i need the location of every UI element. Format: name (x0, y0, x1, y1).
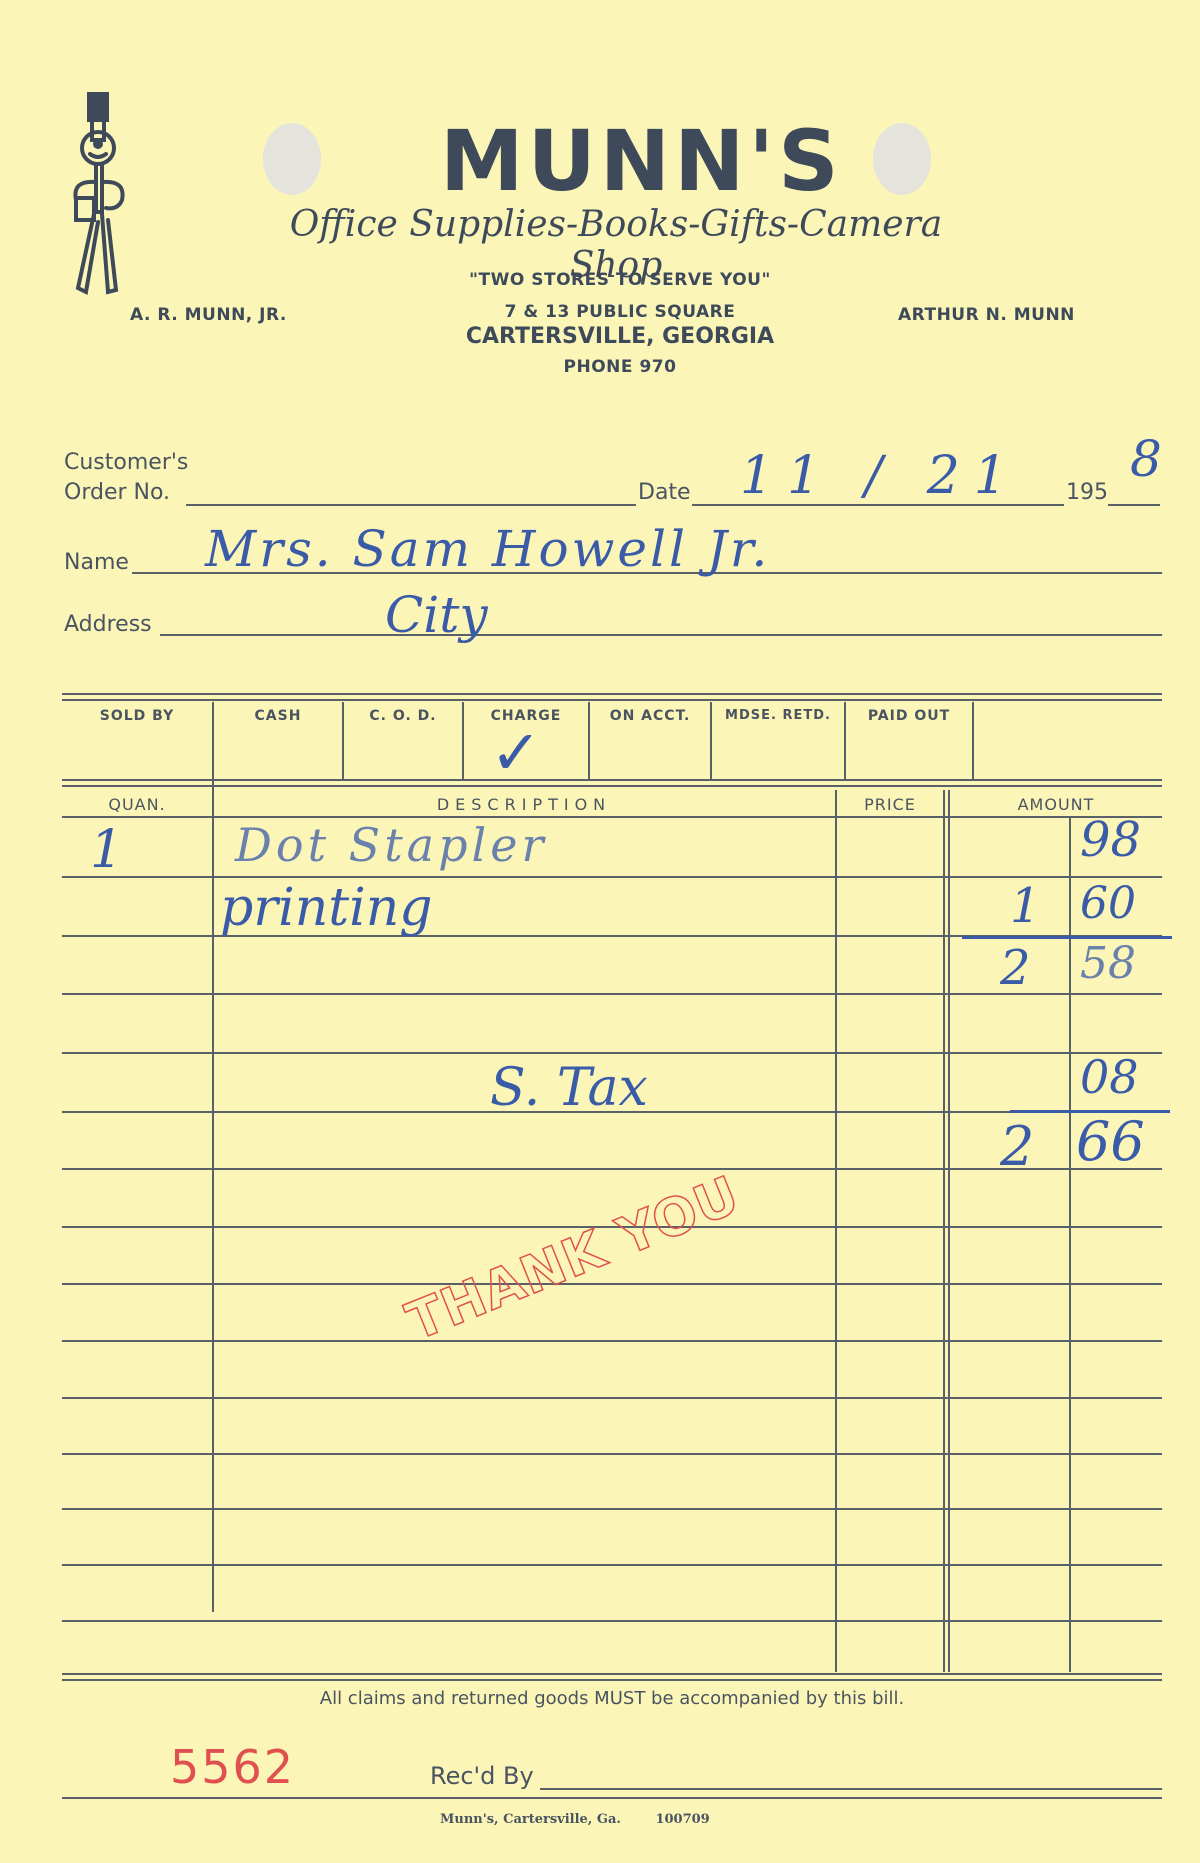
binder-hole-left (263, 123, 321, 195)
phone: PHONE 970 (400, 357, 840, 377)
row1-cents: 98 (1080, 812, 1141, 868)
col-header-price: PRICE (838, 795, 942, 814)
received-by-label: Rec'd By (430, 1762, 534, 1790)
table-bottom-rule (62, 1673, 1162, 1675)
row3-dollars: 2 (1000, 940, 1031, 996)
divider (943, 790, 945, 1672)
payment-bottom-rule-2 (62, 785, 1162, 787)
printer-name: Munn's, Cartersville, Ga. (440, 1812, 621, 1827)
row-line (62, 993, 1162, 995)
row1-description: Dot Stapler (235, 818, 547, 872)
payment-col-paid-out[interactable]: PAID OUT (846, 708, 972, 724)
row-line (62, 1397, 1162, 1399)
row2-dollars: 1 (1010, 878, 1041, 934)
row1-quan: 1 (90, 820, 123, 880)
date-value: 11 / 21 (740, 446, 1021, 506)
store-slogan: "TWO STORES TO SERVE YOU" (400, 270, 840, 290)
address-line2: CARTERSVILLE, GEORGIA (400, 324, 840, 349)
printer-line: Munn's, Cartersville, Ga. 100709 (440, 1812, 710, 1827)
col-header-description: DESCRIPTION (214, 795, 834, 814)
row5-description: S. Tax (490, 1058, 648, 1118)
address-value: City (385, 586, 488, 644)
year-prefix: 195 (1066, 480, 1108, 505)
row-line (62, 1564, 1162, 1566)
payment-top-rule-2 (62, 699, 1162, 701)
form-code: 100709 (655, 1812, 709, 1827)
address-field[interactable] (160, 634, 1162, 636)
thank-you-stamp: THANK YOU (399, 1165, 748, 1353)
year-suffix: 8 (1130, 430, 1162, 488)
divider (948, 790, 950, 1672)
name-value: Mrs. Sam Howell Jr. (205, 520, 770, 578)
col-header-quan: QUAN. (62, 795, 212, 814)
received-by-field[interactable] (540, 1788, 1162, 1790)
row2-cents: 60 (1080, 878, 1136, 929)
mascot-logo (62, 92, 132, 302)
row3-cents: 58 (1080, 938, 1136, 989)
payment-col-cod[interactable]: C. O. D. (344, 708, 462, 724)
footer-rule (62, 1797, 1162, 1799)
row2-description: printing (220, 878, 433, 938)
row-line (62, 1453, 1162, 1455)
row-line (62, 1283, 1162, 1285)
pencil-man-mascot-icon (62, 92, 132, 302)
divider (212, 702, 214, 1612)
row-line (62, 1340, 1162, 1342)
payment-col-cash[interactable]: CASH (214, 708, 342, 724)
serial-number: 5562 (170, 1740, 295, 1794)
owner-right: ARTHUR N. MUNN (898, 305, 1075, 325)
row6-cents: 66 (1076, 1110, 1145, 1173)
payment-bottom-rule (62, 779, 1162, 781)
address-line1: 7 & 13 PUBLIC SQUARE (400, 302, 840, 322)
address-label: Address (64, 612, 152, 637)
divider (972, 702, 974, 780)
year-field[interactable] (1108, 504, 1160, 506)
name-label: Name (64, 550, 129, 575)
payment-col-sold-by: SOLD BY (62, 708, 212, 724)
table-bottom-rule-2 (62, 1679, 1162, 1681)
payment-col-on-acct[interactable]: ON ACCT. (590, 708, 710, 724)
store-name: MUNN'S (440, 112, 780, 210)
row6-dollars: 2 (1000, 1115, 1034, 1178)
order-label-line2: Order No. (64, 480, 170, 505)
row-line (62, 816, 1162, 818)
row-line (62, 1508, 1162, 1510)
payment-top-rule (62, 693, 1162, 695)
order-label-line1: Customer's (64, 450, 188, 475)
subtotal-stroke (962, 936, 1172, 939)
row-line (62, 1168, 1162, 1170)
divider (1069, 818, 1071, 1672)
binder-hole-right (873, 123, 931, 195)
row-line (62, 1052, 1162, 1054)
row-line (62, 1620, 1162, 1622)
order-no-field[interactable] (186, 504, 636, 506)
claims-notice: All claims and returned goods MUST be ac… (62, 1688, 1162, 1709)
date-label: Date (638, 480, 691, 505)
divider (835, 790, 837, 1672)
row5-cents: 08 (1080, 1050, 1139, 1104)
payment-col-mdse-retd[interactable]: MDSE. RETD. (712, 708, 844, 723)
owner-left: A. R. MUNN, JR. (130, 305, 287, 325)
